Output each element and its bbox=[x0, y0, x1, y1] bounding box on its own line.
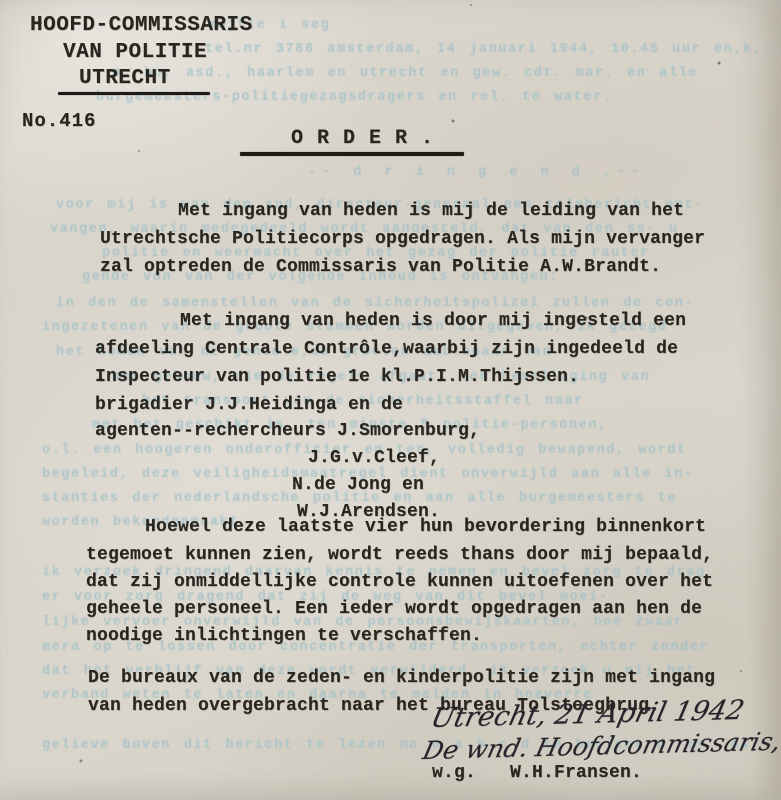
bleedthrough-line: tel.nr 3786 amsterdam, 14 januari 1944, … bbox=[205, 42, 781, 57]
body-line: De bureaux van de zeden- en kinderpoliti… bbox=[88, 668, 715, 688]
bleedthrough-line: o. bo. asd., haarlem en utrecht en gew. … bbox=[112, 66, 698, 81]
body-line: Hoewel deze laatste vier hun bevordering… bbox=[145, 517, 706, 537]
body-line: afdeeling Centrale Contrôle,waarbij zijn… bbox=[95, 339, 678, 359]
body-line: geheele personeel. Een ieder wordt opged… bbox=[86, 599, 702, 619]
letterhead-underline bbox=[58, 92, 210, 95]
body-line: agenten--rechercheurs J.Smorenburg, bbox=[95, 421, 480, 441]
body-line: Met ingang van heden is mij de leiding v… bbox=[178, 201, 684, 221]
scanned-document-page: mujtle i segtel.nr 3786 amsterdam, 14 ja… bbox=[0, 0, 781, 800]
body-line: Utrechtsche Politiecorps opgedragen. Als… bbox=[100, 229, 705, 249]
body-line: brigadier J.J.Heidinga en de bbox=[95, 395, 403, 415]
signature-name: W.H.Fransen. bbox=[510, 763, 642, 783]
body-line: Met ingang van heden is door mij ingeste… bbox=[180, 311, 686, 331]
letterhead-line-2: VAN POLITIE bbox=[63, 41, 207, 64]
bleedthrough-line: in den de samenstellen van de sicherheit… bbox=[56, 296, 694, 311]
bleedthrough-line: -- d r i n g e n d ,-- bbox=[308, 165, 645, 180]
body-line: Inspecteur van politie 1e kl.P.I.M.Thijs… bbox=[95, 367, 579, 387]
body-line: tegemoet kunnen zien, wordt reeds thans … bbox=[86, 545, 713, 565]
order-title: O R D E R . bbox=[291, 127, 434, 150]
body-line: noodige inlichtingen te verschaffen. bbox=[86, 626, 482, 646]
letterhead-line-3: UTRECHT bbox=[79, 67, 171, 90]
names-list-item: J.G.v.Cleef, bbox=[308, 448, 440, 468]
order-title-underline bbox=[240, 152, 464, 156]
names-list-item: N.de Jong en bbox=[292, 475, 424, 495]
body-line: zal optreden de Commissaris van Politie … bbox=[100, 257, 661, 277]
dust-specks bbox=[40, 22, 42, 24]
doc-number: No.416 bbox=[22, 110, 96, 132]
letterhead-line-1: HOOFD-COMMISSARIS bbox=[30, 14, 253, 37]
body-line: dat zij onmiddellijke controle kunnen ui… bbox=[86, 572, 713, 592]
signature-wg-label: w.g. bbox=[432, 763, 476, 783]
